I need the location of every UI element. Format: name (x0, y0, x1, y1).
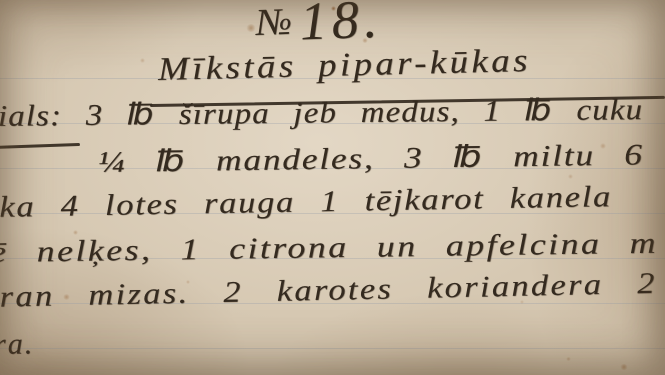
manuscript-line-6: ra. (0, 327, 34, 362)
manuscript-line-1: rials: 3 ℔ šīrupa jeb medus, 1 ℔ cuku (0, 92, 643, 134)
foxing-spot (620, 364, 628, 370)
manuscript-photo: № 18. Mīkstās pipar-kūkas rials: 3 ℔ šīr… (0, 0, 665, 375)
foxing-spot (246, 24, 256, 32)
manuscript-line-4: ē nelķes, 1 citrona un apfelcina m (0, 227, 658, 270)
materials-underline (0, 143, 80, 148)
recipe-title: Mīkstās pipar-kūkas (158, 43, 532, 89)
recipe-number-value: 18. (299, 0, 384, 51)
manuscript-line-3: lka 4 lotes rauga 1 tējkarot kanela (0, 180, 612, 225)
foxing-spot (566, 357, 571, 361)
numero-sign: № (255, 1, 294, 44)
manuscript-line-2: ¼ ℔ mandeles, 3 ℔ miltu 6 o (98, 137, 665, 180)
recipe-number: № 18. (255, 0, 383, 54)
manuscript-line-5: eran mizas. 2 karotes koriandera 2 (0, 267, 657, 315)
foxing-spot (140, 58, 145, 63)
foxing-spot (568, 174, 573, 179)
